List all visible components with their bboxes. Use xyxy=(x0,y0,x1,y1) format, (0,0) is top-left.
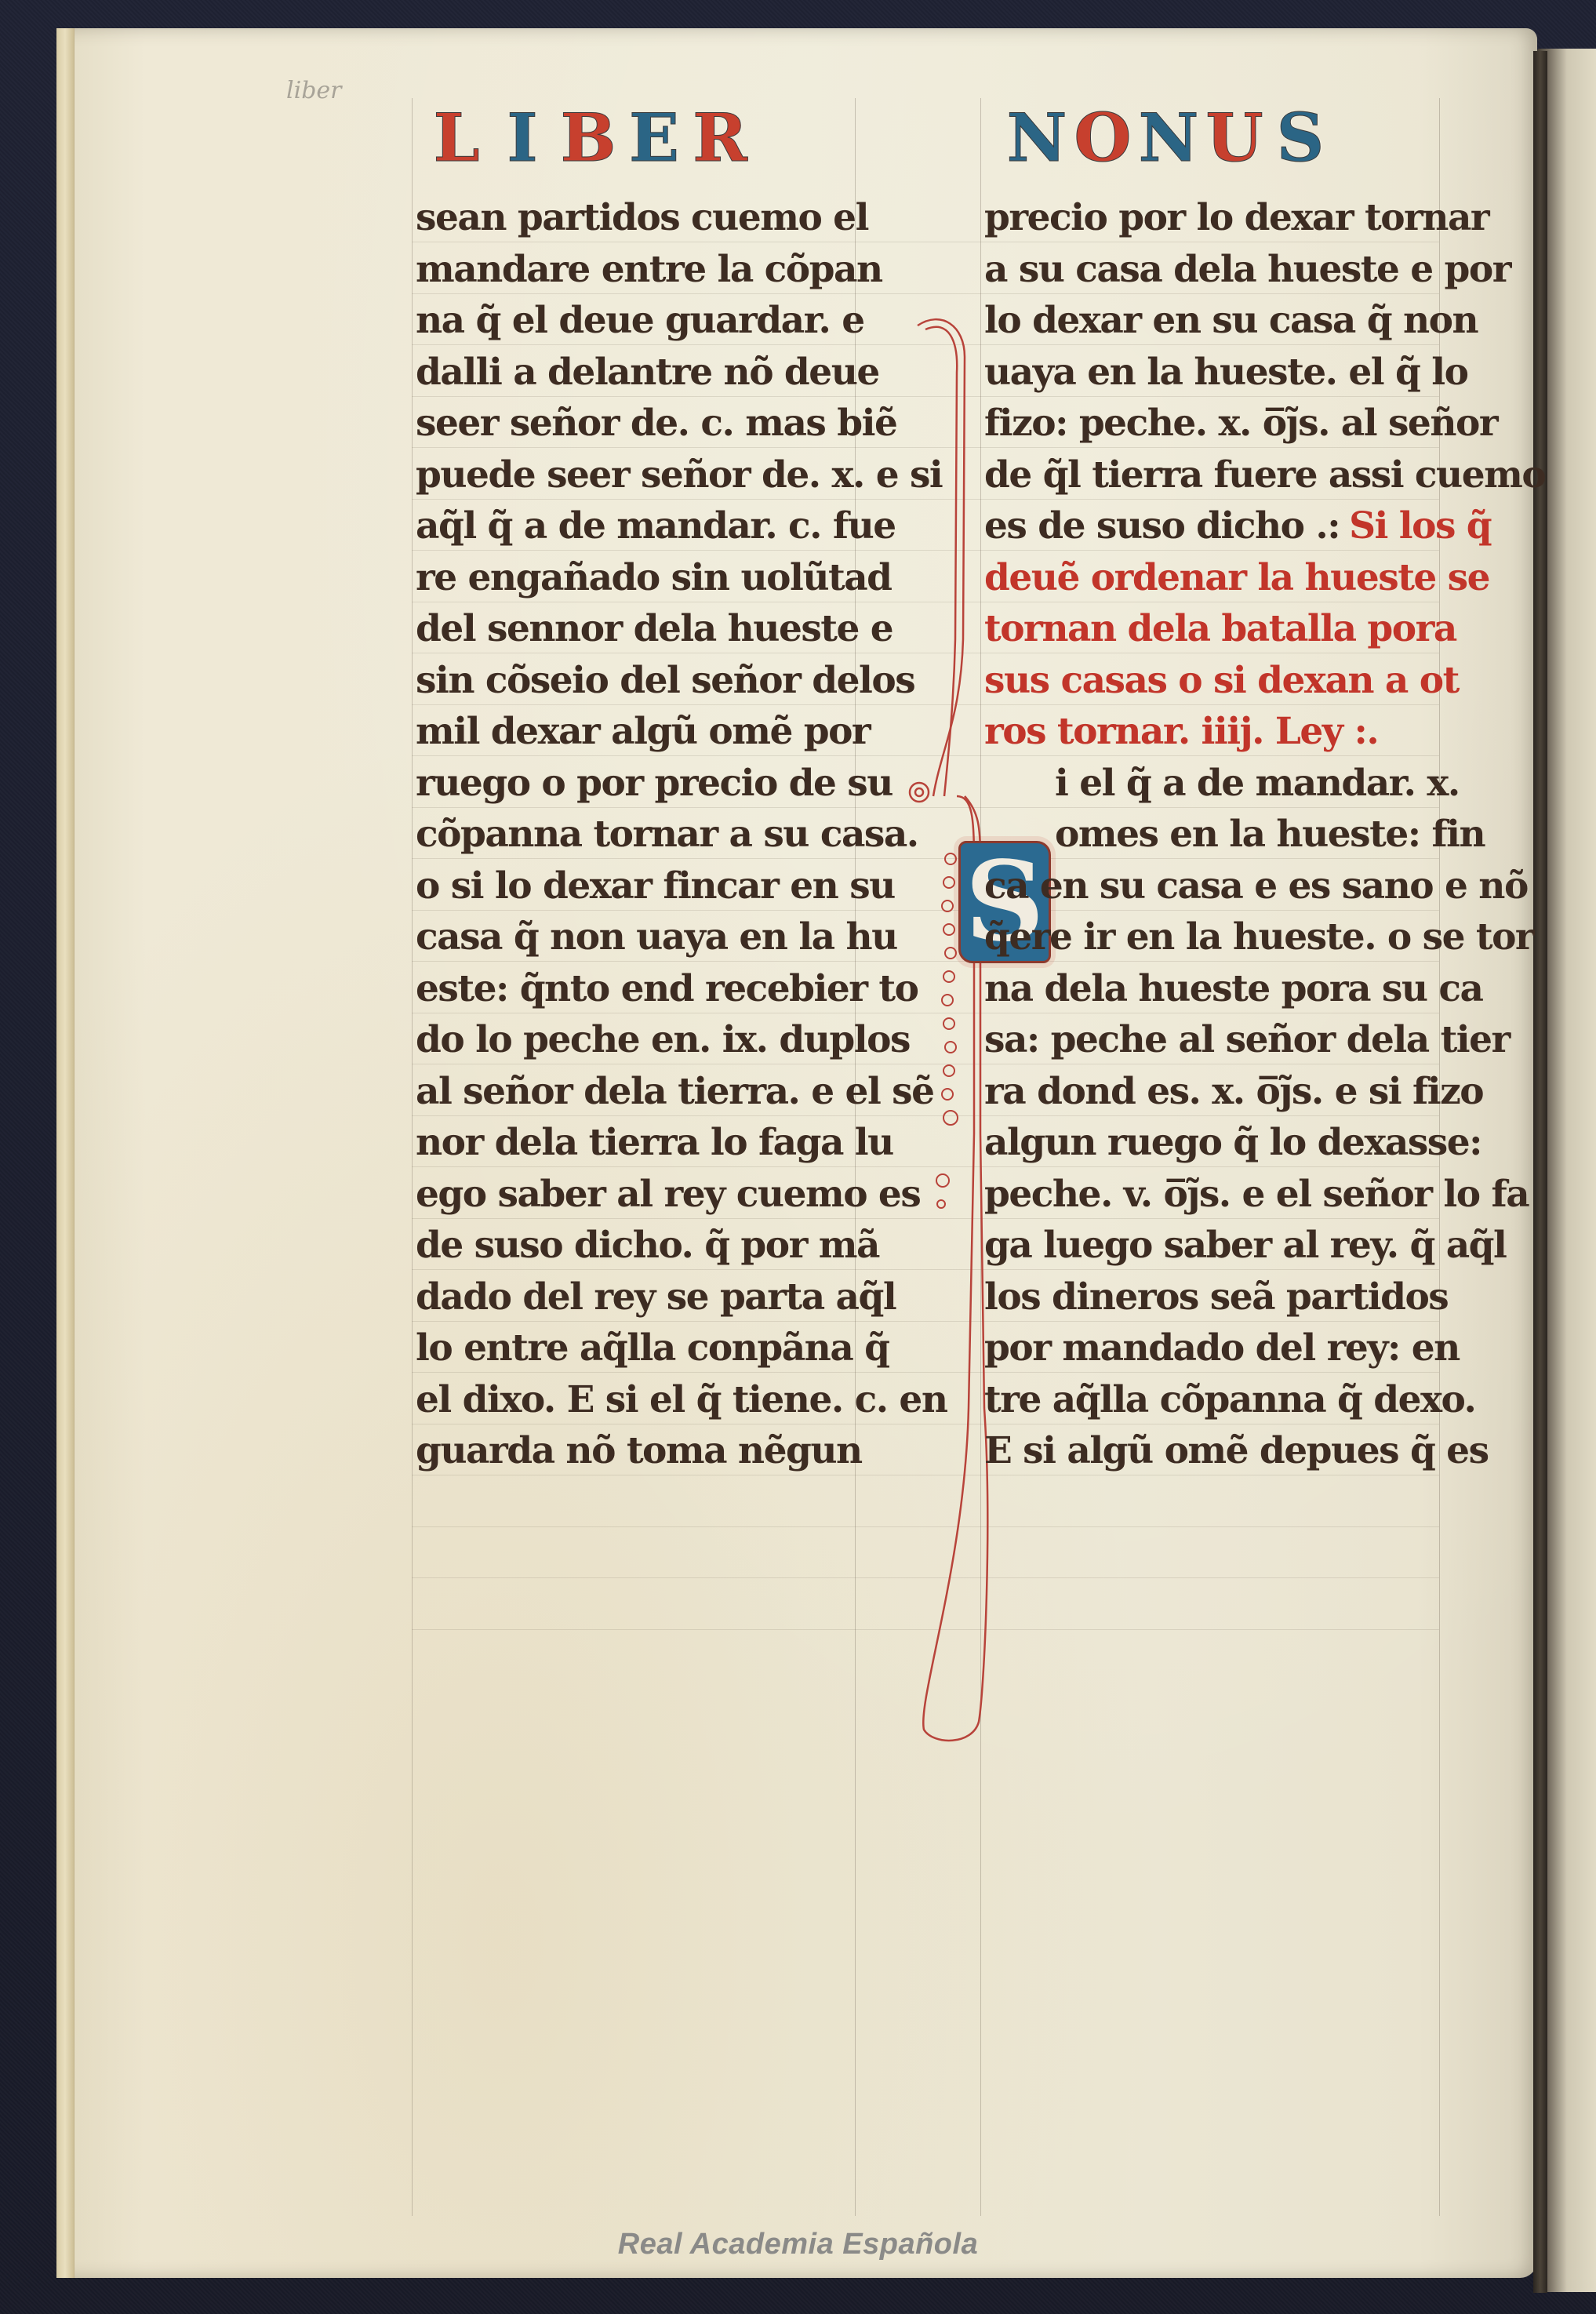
running-head-letter: L xyxy=(424,99,489,176)
text-line: sa: peche al señor dela tier xyxy=(984,1014,1545,1066)
text-segment: los dineros seã partidos xyxy=(984,1275,1448,1319)
text-line: precio por lo dexar tornar xyxy=(984,192,1545,244)
running-head-letter: B xyxy=(555,99,621,176)
rubric-heading-segment: Si los q̃ xyxy=(1349,504,1491,548)
running-head-letter: E xyxy=(621,99,687,176)
text-line: este: q̃nto end recebier to xyxy=(416,963,947,1015)
text-segment: q̃ere ir en la hueste. o se tor xyxy=(984,915,1533,959)
text-line: guarda nõ toma nẽgun xyxy=(416,1425,947,1477)
text-line: ra dond es. x. o̅ȷ̃s. e si fizo xyxy=(984,1066,1545,1118)
text-line: por mandado del rey: en xyxy=(984,1323,1545,1374)
text-line: nor dela tierra lo faga lu xyxy=(416,1117,947,1169)
running-head-letter: N xyxy=(1004,99,1070,176)
text-line: ego saber al rey cuemo es xyxy=(416,1169,947,1221)
text-line: na q̃ el deue guardar. e xyxy=(416,295,947,347)
text-line: seer señor de. c. mas biẽ xyxy=(416,398,947,449)
text-line: re engañado sin uolũtad xyxy=(416,552,947,604)
text-segment: ra dond es. x. o̅ȷ̃s. e si fizo xyxy=(984,1070,1483,1113)
rubric-heading-segment: tornan dela batalla pora xyxy=(984,607,1456,650)
text-segment: de q̃l tierra fuere assi cuemo xyxy=(984,453,1545,497)
text-line: aq̃l q̃ a de mandar. c. fue xyxy=(416,500,947,552)
text-line: uaya en la hueste. el q̃ lo xyxy=(984,347,1545,398)
text-line: puede seer señor de. x. e si xyxy=(416,449,947,501)
text-segment: i el q̃ a de mandar. x. xyxy=(1055,762,1460,805)
running-head-letter: I xyxy=(489,99,555,176)
text-segment: sa: peche al señor dela tier xyxy=(984,1018,1510,1061)
rubric-heading-segment: sus casas o si dexan a ot xyxy=(984,659,1459,702)
rubric-heading-segment: deuẽ ordenar la hueste se xyxy=(984,556,1489,599)
page-fore-edge xyxy=(56,28,75,2278)
text-segment: tre aq̃lla cõpanna q̃ dexo. xyxy=(984,1378,1475,1421)
watermark-real-academia-espanola: Real Academia Española xyxy=(0,2228,1596,2261)
rubric-line: deuẽ ordenar la hueste se xyxy=(984,552,1545,604)
running-head-letter: U xyxy=(1202,99,1267,176)
text-segment: a su casa dela hueste e por xyxy=(984,248,1511,291)
text-line: el dixo. E si el q̃ tiene. c. en xyxy=(416,1374,947,1426)
rubric-line: sus casas o si dexan a ot xyxy=(984,655,1545,707)
text-segment: ga luego saber al rey. q̃ aq̃l xyxy=(984,1224,1506,1267)
text-line: fizo: peche. x. o̅ȷ̃s. al señor xyxy=(984,398,1545,449)
text-segment: ca en su casa e es sano e nõ xyxy=(984,864,1528,908)
running-head-letter: N xyxy=(1136,99,1202,176)
text-line: ga luego saber al rey. q̃ aq̃l xyxy=(984,1220,1545,1272)
rubric-heading-segment: ros tornar. iiij. Ley :. xyxy=(984,710,1378,753)
text-segment: peche. v. o̅ȷ̃s. e el señor lo fa xyxy=(984,1173,1529,1216)
running-head-left: LIBER xyxy=(424,106,753,176)
text-line: do lo peche en. ix. duplos xyxy=(416,1014,947,1066)
text-line: los dineros seã partidos xyxy=(984,1272,1545,1323)
text-segment: omes en la hueste: fin xyxy=(1055,813,1485,856)
text-segment: precio por lo dexar tornar xyxy=(984,196,1489,239)
marginal-note: liber xyxy=(286,77,342,104)
text-line: omes en la hueste: fin xyxy=(984,809,1545,860)
text-line: al señor dela tierra. e el sẽ xyxy=(416,1066,947,1118)
text-line: i el q̃ a de mandar. x. xyxy=(984,758,1545,810)
text-line: a su casa dela hueste e por xyxy=(984,244,1545,296)
text-line: ca en su casa e es sano e nõ xyxy=(984,860,1545,912)
text-line: o si lo dexar fincar en su xyxy=(416,860,947,912)
text-line: algun ruego q̃ lo dexasse: xyxy=(984,1117,1545,1169)
text-line: lo dexar en su casa q̃ non xyxy=(984,295,1545,347)
text-segment: uaya en la hueste. el q̃ lo xyxy=(984,351,1467,394)
text-segment: lo dexar en su casa q̃ non xyxy=(984,299,1478,342)
text-line: na dela hueste pora su ca xyxy=(984,963,1545,1015)
text-line: del sennor dela hueste e xyxy=(416,603,947,655)
text-line: peche. v. o̅ȷ̃s. e el señor lo fa xyxy=(984,1169,1545,1221)
text-segment: algun ruego q̃ lo dexasse: xyxy=(984,1121,1481,1164)
text-segment: E si algũ omẽ depues q̃ es xyxy=(984,1429,1489,1472)
text-line: ruego o por precio de su xyxy=(416,758,947,810)
left-text-column: sean partidos cuemo elmandare entre la c… xyxy=(416,192,947,1477)
text-line: es de suso dicho .:Si los q̃ xyxy=(984,500,1545,552)
text-line: tre aq̃lla cõpanna q̃ dexo. xyxy=(984,1374,1545,1426)
text-segment: por mandado del rey: en xyxy=(984,1326,1460,1370)
text-segment: es de suso dicho .: xyxy=(984,504,1340,548)
rubric-line: ros tornar. iiij. Ley :. xyxy=(984,706,1545,758)
text-line: sin cõseio del señor delos xyxy=(416,655,947,707)
text-line: q̃ere ir en la hueste. o se tor xyxy=(984,911,1545,963)
text-line: casa q̃ non uaya en la hu xyxy=(416,911,947,963)
text-line: de q̃l tierra fuere assi cuemo xyxy=(984,449,1545,501)
text-line: E si algũ omẽ depues q̃ es xyxy=(984,1425,1545,1477)
text-line: mandare entre la cõpan xyxy=(416,244,947,296)
ruling-vertical xyxy=(412,98,413,2216)
text-line: dalli a delantre nõ deue xyxy=(416,347,947,398)
running-head-letter: O xyxy=(1070,99,1136,176)
text-segment: na dela hueste pora su ca xyxy=(984,967,1482,1010)
text-line: mil dexar algũ omẽ por xyxy=(416,706,947,758)
text-line: de suso dicho. q̃ por mã xyxy=(416,1220,947,1272)
running-head-letter: R xyxy=(687,99,753,176)
text-line: sean partidos cuemo el xyxy=(416,192,947,244)
text-segment: fizo: peche. x. o̅ȷ̃s. al señor xyxy=(984,402,1497,445)
running-head-letter: S xyxy=(1267,99,1333,176)
running-head-right: NONUS xyxy=(1004,106,1333,176)
text-line: lo entre aq̃lla conpãna q̃ xyxy=(416,1323,947,1374)
text-line: dado del rey se parta aq̃l xyxy=(416,1272,947,1323)
text-line: cõpanna tornar a su casa. xyxy=(416,809,947,860)
rubric-line: tornan dela batalla pora xyxy=(984,603,1545,655)
right-text-column: precio por lo dexar tornara su casa dela… xyxy=(984,192,1545,1477)
